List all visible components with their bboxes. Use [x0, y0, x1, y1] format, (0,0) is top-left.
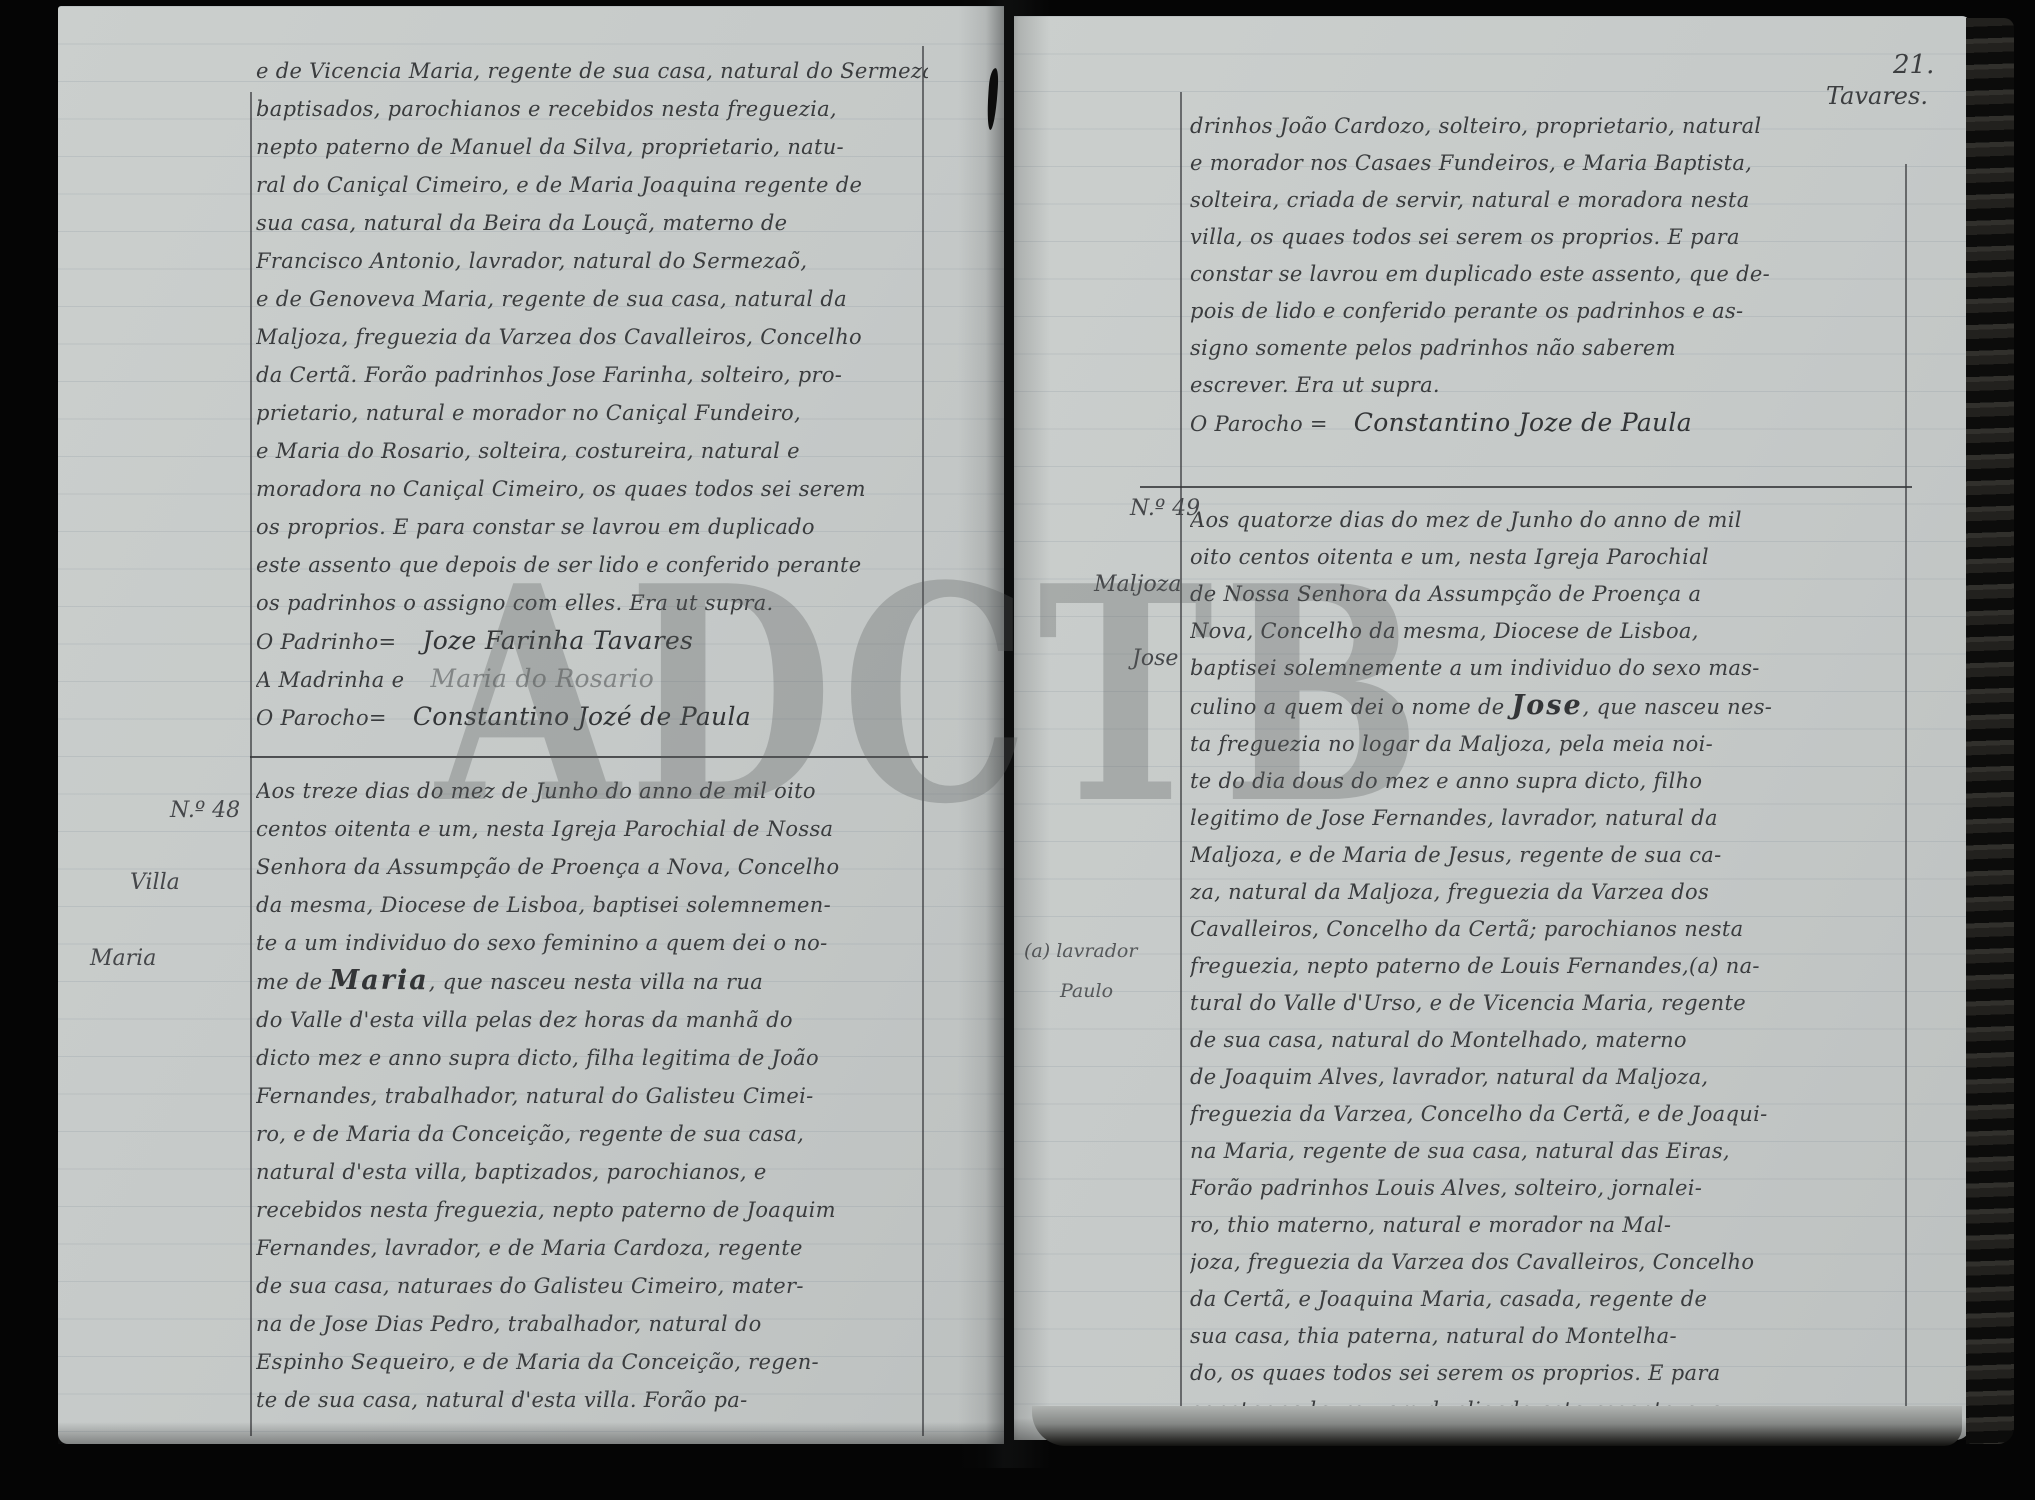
- manuscript-line: da Certã. Forão padrinhos Jose Farinha, …: [256, 356, 928, 394]
- manuscript-line: ta freguezia no logar da Maljoza, pela m…: [1190, 726, 1896, 763]
- manuscript-line: do, os quaes todos sei serem os proprios…: [1190, 1355, 1896, 1392]
- manuscript-line: villa, os quaes todos sei serem os propr…: [1190, 219, 1896, 256]
- manuscript-line: legitimo de Jose Fernandes, lavrador, na…: [1190, 800, 1896, 837]
- manuscript-line: dicto mez e anno supra dicto, filha legi…: [256, 1039, 928, 1077]
- manuscript-line: tural do Valle d'Urso, e de Vicencia Mar…: [1190, 985, 1896, 1022]
- manuscript-line: Aos treze dias do mez de Junho do anno d…: [256, 772, 928, 810]
- record-continuation-text: e de Vicencia Maria, regente de sua casa…: [256, 52, 928, 622]
- signature-label: O Parocho =: [1190, 412, 1328, 436]
- record-separator-rule: [1140, 486, 1912, 488]
- baptised-child-name: Jose: [1511, 690, 1582, 721]
- manuscript-line: ro, e de Maria da Conceição, regente de …: [256, 1115, 928, 1153]
- record-number-note: N.º 48: [170, 798, 240, 823]
- signature-label: O Parocho=: [256, 706, 387, 730]
- manuscript-line: ro, thio materno, natural e morador na M…: [1190, 1207, 1896, 1244]
- right-margin-rule: [1905, 164, 1907, 1430]
- signature-name: Constantino Joze de Paula: [1354, 408, 1692, 437]
- record-name-note: Maria: [90, 946, 156, 971]
- manuscript-line: este assento que depois de ser lido e co…: [256, 546, 928, 584]
- manuscript-line: te do dia dous do mez e anno supra dicto…: [1190, 763, 1896, 800]
- manuscript-line: moradora no Caniçal Cimeiro, os quaes to…: [256, 470, 928, 508]
- manuscript-line: oito centos oitenta e um, nesta Igreja P…: [1190, 539, 1896, 576]
- right-page: 21. Tavares. drinhos João Cardozo, solte…: [1014, 16, 1970, 1440]
- book-fore-edge: [1966, 18, 2014, 1444]
- manuscript-line: os proprios. E para constar se lavrou em…: [256, 508, 928, 546]
- manuscript-line: de sua casa, natural do Montelhado, mate…: [1190, 1022, 1896, 1059]
- name-line-suffix: , que nasceu nesta villa na rua: [429, 970, 763, 994]
- manuscript-line: sua casa, natural da Beira da Louçã, mat…: [256, 204, 928, 242]
- record-name-note: Jose: [1132, 646, 1178, 671]
- manuscript-line: sua casa, thia paterna, natural do Monte…: [1190, 1318, 1896, 1355]
- manuscript-line: te de sua casa, natural d'esta villa. Fo…: [256, 1381, 928, 1419]
- manuscript-line: signo somente pelos padrinhos não sabere…: [1190, 330, 1896, 367]
- baptised-child-name: Maria: [329, 965, 428, 996]
- record-separator-rule: [250, 756, 928, 758]
- signature-block: O Padrinho=Joze Farinha Tavares A Madrin…: [256, 622, 928, 736]
- godfather-signature-row: O Padrinho=Joze Farinha Tavares: [256, 622, 928, 660]
- manuscript-line: os padrinhos o assigno com elles. Era ut…: [256, 584, 928, 622]
- folio-number: 21.: [1893, 50, 1934, 80]
- left-page: e de Vicencia Maria, regente de sua casa…: [58, 6, 1004, 1444]
- manuscript-line: e de Vicencia Maria, regente de sua casa…: [256, 52, 928, 90]
- scanned-register-page: { "header": { "page_number": "21.", "sur…: [0, 0, 2035, 1500]
- manuscript-line: da mesma, Diocese de Lisboa, baptisei so…: [256, 886, 928, 924]
- manuscript-line: constar se lavrou em duplicado este asse…: [1190, 256, 1896, 293]
- manuscript-line: baptisados, parochianos e recebidos nest…: [256, 90, 928, 128]
- manuscript-line: do Valle d'esta villa pelas dez horas da…: [256, 1001, 928, 1039]
- left-margin-rule: [1180, 92, 1182, 1414]
- manuscript-line: recebidos nesta freguezia, nepto paterno…: [256, 1191, 928, 1229]
- manuscript-line: e morador nos Casaes Fundeiros, e Maria …: [1190, 145, 1896, 182]
- baptism-name-line: me de Maria, que nasceu nesta villa na r…: [256, 962, 928, 1001]
- manuscript-line: de Nossa Senhora da Assumpção de Proença…: [1190, 576, 1896, 613]
- record-48-text: Aos treze dias do mez de Junho do anno d…: [256, 772, 928, 1419]
- manuscript-line: Nova, Concelho da mesma, Diocese de Lisb…: [1190, 613, 1896, 650]
- priest-surname-header: Tavares.: [1826, 82, 1928, 110]
- manuscript-line: drinhos João Cardozo, solteiro, propriet…: [1190, 108, 1896, 145]
- manuscript-line: za, natural da Maljoza, freguezia da Var…: [1190, 874, 1896, 911]
- signature-name: Maria do Rosario: [430, 664, 654, 693]
- manuscript-line: e Maria do Rosario, solteira, costureira…: [256, 432, 928, 470]
- manuscript-line: da Certã, e Joaquina Maria, casada, rege…: [1190, 1281, 1896, 1318]
- page-stack-bottom-edge: [1032, 1406, 1962, 1446]
- manuscript-line: Fernandes, lavrador, e de Maria Cardoza,…: [256, 1229, 928, 1267]
- manuscript-line: Maljoza, e de Maria de Jesus, regente de…: [1190, 837, 1896, 874]
- priest-signature-row: O Parocho=Constantino Jozé de Paula: [256, 698, 928, 736]
- record-continuation-text: drinhos João Cardozo, solteiro, propriet…: [1190, 108, 1896, 442]
- name-line-prefix: culino a quem dei o nome de: [1190, 695, 1511, 719]
- manuscript-line: Forão padrinhos Louis Alves, solteiro, j…: [1190, 1170, 1896, 1207]
- godmother-signature-row: A Madrinha eMaria do Rosario: [256, 660, 928, 698]
- manuscript-line: Fernandes, trabalhador, natural do Galis…: [256, 1077, 928, 1115]
- manuscript-line: freguezia da Varzea, Concelho da Certã, …: [1190, 1096, 1896, 1133]
- manuscript-line: Senhora da Assumpção de Proença a Nova, …: [256, 848, 928, 886]
- manuscript-line: joza, freguezia da Varzea dos Cavalleiro…: [1190, 1244, 1896, 1281]
- manuscript-line: te a um individuo do sexo feminino a que…: [256, 924, 928, 962]
- manuscript-line: de Joaquim Alves, lavrador, natural da M…: [1190, 1059, 1896, 1096]
- manuscript-line: freguezia, nepto paterno de Louis Fernan…: [1190, 948, 1896, 985]
- name-line-suffix: , que nasceu nes-: [1583, 695, 1773, 719]
- signature-name: Joze Farinha Tavares: [422, 626, 693, 655]
- manuscript-line: Cavalleiros, Concelho da Certã; parochia…: [1190, 911, 1896, 948]
- manuscript-line: baptisei solemnemente a um individuo do …: [1190, 650, 1896, 687]
- manuscript-line: natural d'esta villa, baptizados, paroch…: [256, 1153, 928, 1191]
- manuscript-line: centos oitenta e um, nesta Igreja Paroch…: [256, 810, 928, 848]
- manuscript-line: ral do Caniçal Cimeiro, e de Maria Joaqu…: [256, 166, 928, 204]
- signature-name: Constantino Jozé de Paula: [413, 702, 751, 731]
- name-line-prefix: me de: [256, 970, 329, 994]
- manuscript-line: escrever. Era ut supra.: [1190, 367, 1896, 404]
- marginal-correction-note: (a) lavrador: [1024, 940, 1137, 962]
- manuscript-line: Francisco Antonio, lavrador, natural do …: [256, 242, 928, 280]
- record-49-text: Aos quatorze dias do mez de Junho do ann…: [1190, 502, 1896, 1429]
- manuscript-line: e de Genoveva Maria, regente de sua casa…: [256, 280, 928, 318]
- manuscript-line: solteira, criada de servir, natural e mo…: [1190, 182, 1896, 219]
- signature-label: A Madrinha e: [256, 668, 404, 692]
- marginal-correction-signature: Paulo: [1060, 980, 1113, 1002]
- record-place-note: Maljoza: [1094, 572, 1181, 597]
- manuscript-line: Espinho Sequeiro, e de Maria da Conceiçã…: [256, 1343, 928, 1381]
- baptism-name-line: culino a quem dei o nome de Jose, que na…: [1190, 687, 1896, 726]
- manuscript-line: de sua casa, naturaes do Galisteu Cimeir…: [256, 1267, 928, 1305]
- manuscript-line: na de Jose Dias Pedro, trabalhador, natu…: [256, 1305, 928, 1343]
- manuscript-line: na Maria, regente de sua casa, natural d…: [1190, 1133, 1896, 1170]
- manuscript-line: Maljoza, freguezia da Varzea dos Cavalle…: [256, 318, 928, 356]
- record-place-note: Villa: [130, 870, 180, 895]
- signature-label: O Padrinho=: [256, 630, 396, 654]
- manuscript-line: nepto paterno de Manuel da Silva, propri…: [256, 128, 928, 166]
- manuscript-line: pois de lido e conferido perante os padr…: [1190, 293, 1896, 330]
- manuscript-line: prietario, natural e morador no Caniçal …: [256, 394, 928, 432]
- priest-signature-row: O Parocho =Constantino Joze de Paula: [1190, 404, 1896, 442]
- manuscript-line: Aos quatorze dias do mez de Junho do ann…: [1190, 502, 1896, 539]
- left-margin-rule: [250, 92, 252, 1436]
